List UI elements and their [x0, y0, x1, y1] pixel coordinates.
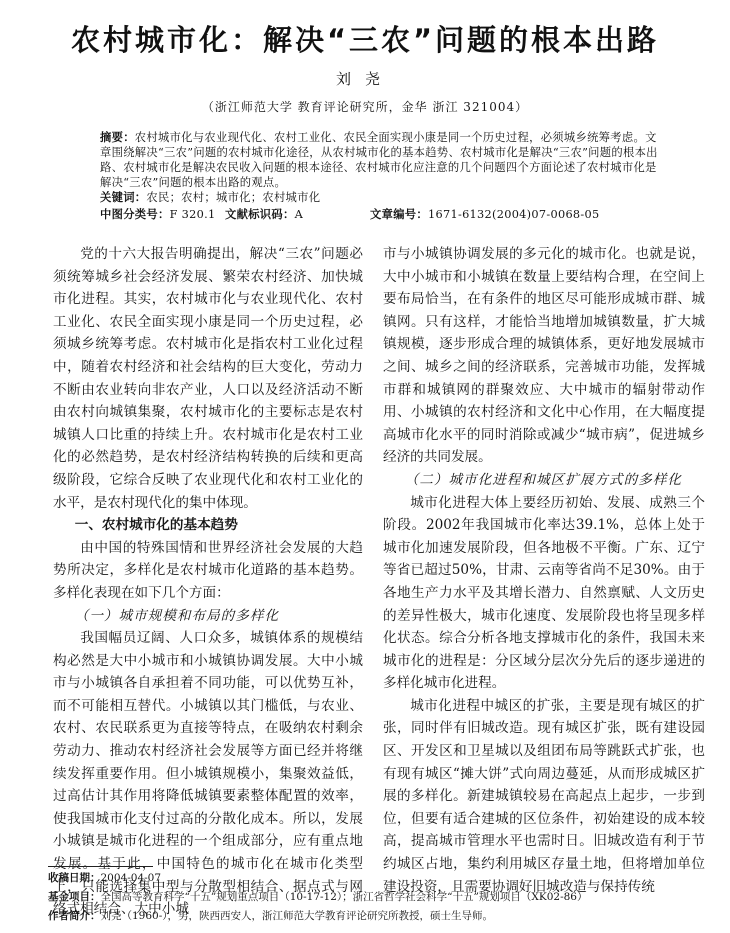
author-name: 刘尧 — [0, 68, 730, 89]
body-paragraph: 城市化进程中城区的扩张，主要是现有城区的扩张，同时伴有旧城改造。现有城区扩张，既… — [383, 695, 705, 898]
keywords-label: 关键词： — [100, 191, 146, 204]
subsection-heading: （一）城市规模和布局的多样化 — [53, 605, 363, 628]
article-no-value: 1671-6132(2004)07-0068-05 — [428, 208, 600, 221]
received-date: 2004-04-07 — [101, 872, 162, 884]
received-date-line: 收稿日期：2004-04-07 — [48, 869, 718, 888]
subsection-heading: （二）城市化进程和城区扩展方式的多样化 — [383, 469, 705, 492]
paper-title: 农村城市化：解决“三农”问题的根本出路 — [0, 18, 730, 59]
body-column-right: 市与小城镇协调发展的多元化的城市化。也就是说，大中小城市和小城镇在数量上要结构合… — [383, 243, 705, 898]
body-paragraph: 市与小城镇协调发展的多元化的城市化。也就是说，大中小城市和小城镇在数量上要结构合… — [383, 243, 705, 469]
body-paragraph: 城市化进程大体上要经历初始、发展、成熟三个阶段。2002年我国城市化率达39.1… — [383, 492, 705, 695]
affiliation: （浙江师范大学 教育评论研究所，金华 浙江 321004） — [0, 98, 730, 115]
fund-label: 基金项目： — [48, 891, 101, 903]
keywords: 农民；农村；城市化；农村城市化 — [146, 191, 320, 204]
clc-label: 中图分类号： — [100, 208, 170, 221]
abstract-paragraph: 摘要：农村城市化与农业现代化、农村工业化、农民全面实现小康是同一个历史过程，必须… — [75, 130, 665, 190]
clc-value: F 320.1 — [170, 208, 216, 221]
keywords-line: 关键词：农民；农村；城市化；农村城市化 — [75, 190, 665, 205]
abstract-block: 摘要：农村城市化与农业现代化、农村工业化、农民全面实现小康是同一个历史过程，必须… — [75, 130, 665, 222]
body-column-left: 党的十六大报告明确提出，解决“三农”问题必须统筹城乡社会经济发展、繁荣农村经济、… — [53, 243, 363, 921]
fund-text: 全国高等教育科学“十五”规划重点项目（10-17-12）；浙江省哲学社会科学“十… — [101, 891, 588, 903]
classification-row: 中图分类号：F 320.1 文献标识码：A 文章编号：1671-6132(200… — [75, 207, 665, 222]
abstract-text: 农村城市化与农业现代化、农村工业化、农民全面实现小康是同一个历史过程，必须城乡统… — [100, 131, 658, 189]
fund-line: 基金项目：全国高等教育科学“十五”规划重点项目（10-17-12）；浙江省哲学社… — [48, 888, 718, 907]
body-paragraph: 由中国的特殊国情和世界经济社会发展的大趋势所决定，多样化是农村城市化道路的基本趋… — [53, 537, 363, 605]
doc-code-value: A — [295, 208, 303, 221]
footnotes: 收稿日期：2004-04-07 基金项目：全国高等教育科学“十五”规划重点项目（… — [48, 869, 718, 926]
author-bio-line: 作者简介：刘尧（1960-），男，陕西西安人，浙江师范大学教育评论研究所教授，硕… — [48, 907, 718, 926]
body-paragraph: 党的十六大报告明确提出，解决“三农”问题必须统筹城乡社会经济发展、繁荣农村经济、… — [53, 243, 363, 514]
doc-code-label: 文献标识码： — [225, 208, 295, 221]
received-label: 收稿日期： — [48, 872, 101, 884]
article-no-label: 文章编号： — [370, 208, 428, 221]
bio-label: 作者简介： — [48, 910, 101, 922]
footnote-divider — [48, 866, 153, 867]
section-heading: 一、农村城市化的基本趋势 — [53, 514, 363, 537]
bio-text: 刘尧（1960-），男，陕西西安人，浙江师范大学教育评论研究所教授，硕士生导师。 — [101, 910, 494, 922]
abstract-label: 摘要： — [100, 131, 135, 144]
